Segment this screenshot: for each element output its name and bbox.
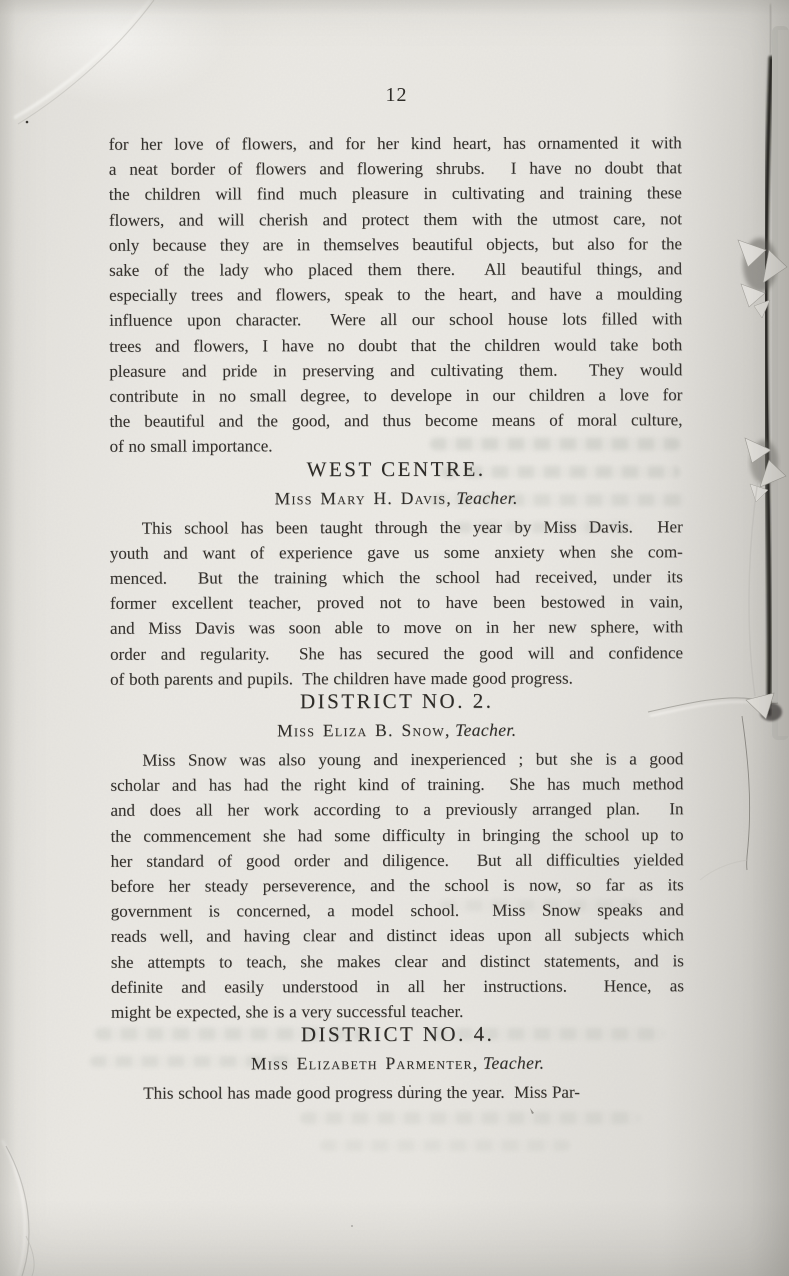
text-line: Miss Snow was also young and inexperienc… <box>110 746 683 773</box>
teacher-title: Teacher. <box>455 720 516 740</box>
paragraph-west-centre: This school has been taught through the … <box>110 514 683 692</box>
text-line: menced. But the training which the schoo… <box>110 564 683 591</box>
teacher-line-snow: Miss Eliza B. Snow, Teacher. <box>110 718 683 742</box>
text-line: scholar and has had the right kind of tr… <box>110 772 683 799</box>
text-line: trees and flowers, I have no doubt that … <box>109 332 682 359</box>
text-line: she attempts to teach, she makes clear a… <box>111 948 684 975</box>
teacher-line-davis: Miss Mary H. Davis, Teacher. <box>110 486 683 510</box>
scanned-book-page: 12 for her love of flowers, and for her … <box>0 0 789 1276</box>
text-line: and Miss Davis was soon able to move on … <box>110 615 683 642</box>
text-line: the children will find much pleasure in … <box>109 181 682 208</box>
text-line: the commencement she had some difficulty… <box>111 822 684 849</box>
teacher-title: Teacher. <box>483 1053 544 1073</box>
text-line: contribute in no small degree, to develo… <box>109 382 682 409</box>
paragraph-continuation: for her love of flowers, and for her kin… <box>109 130 683 459</box>
text-line: only because they are in themselves beau… <box>109 231 682 258</box>
text-line: This school has been taught through the … <box>110 514 683 541</box>
text-line: definite and easily understood in all he… <box>111 973 684 1000</box>
section-heading-district-2: DISTRICT NO. 2. <box>110 688 683 714</box>
text-block: for her love of flowers, and for her kin… <box>109 130 685 1106</box>
text-line: reads well, and having clear and distinc… <box>111 923 684 950</box>
paper-tear-upper <box>738 238 787 318</box>
bleedthrough-smudge <box>320 1140 570 1151</box>
text-line: the beautiful and the good, and thus bec… <box>109 407 682 434</box>
text-line: sake of the lady who placed them there. … <box>109 256 682 283</box>
text-line: influence upon character. Were all our s… <box>109 307 682 334</box>
text-line: a neat border of flowers and flowering s… <box>109 155 682 182</box>
bleedthrough-smudge <box>300 1112 640 1124</box>
teacher-name: Miss Eliza B. Snow, <box>277 720 451 740</box>
section-heading-west-centre: WEST CENTRE. <box>110 456 683 482</box>
page-number: 12 <box>110 84 683 107</box>
teacher-name: Miss Mary H. Davis, <box>275 487 453 507</box>
text-line: for her love of flowers, and for her kin… <box>109 130 682 157</box>
section-heading-district-4: DISTRICT NO. 4. <box>111 1022 684 1048</box>
adjacent-page-sliver <box>772 26 789 740</box>
paragraph-district-4: This school has made good progress durin… <box>111 1080 684 1107</box>
text-line: former excellent teacher, proved not to … <box>110 590 683 617</box>
text-line: especially trees and flowers, speak to t… <box>109 281 682 308</box>
text-line: her standard of good order and diligence… <box>111 847 684 874</box>
text-line: flowers, and will cherish and protect th… <box>109 206 682 233</box>
teacher-name: Miss Elizabeth Parmenter, <box>251 1053 479 1074</box>
paper-tear-middle <box>745 438 786 502</box>
adjacent-page-sliver-shade <box>778 30 789 736</box>
teacher-title: Teacher. <box>456 487 517 507</box>
text-line: and does all her work according to a pre… <box>110 797 683 824</box>
text-line: youth and want of experience gave us som… <box>110 539 683 566</box>
crease-bottom-left <box>2 1140 34 1276</box>
paragraph-district-2: Miss Snow was also young and inexperienc… <box>110 746 684 1025</box>
teacher-line-parmenter: Miss Elizabeth Parmenter, Teacher. <box>111 1052 684 1076</box>
text-line: government is concerned, a model school.… <box>111 898 684 925</box>
text-line: before her steady perseverence, and the … <box>111 872 684 899</box>
text-line: order and regularity. She has secured th… <box>110 640 683 667</box>
text-line: pleasure and pride in preserving and cul… <box>109 357 682 384</box>
text-line: This school has made good progress durin… <box>111 1080 684 1107</box>
page-edge-gap <box>766 4 772 714</box>
